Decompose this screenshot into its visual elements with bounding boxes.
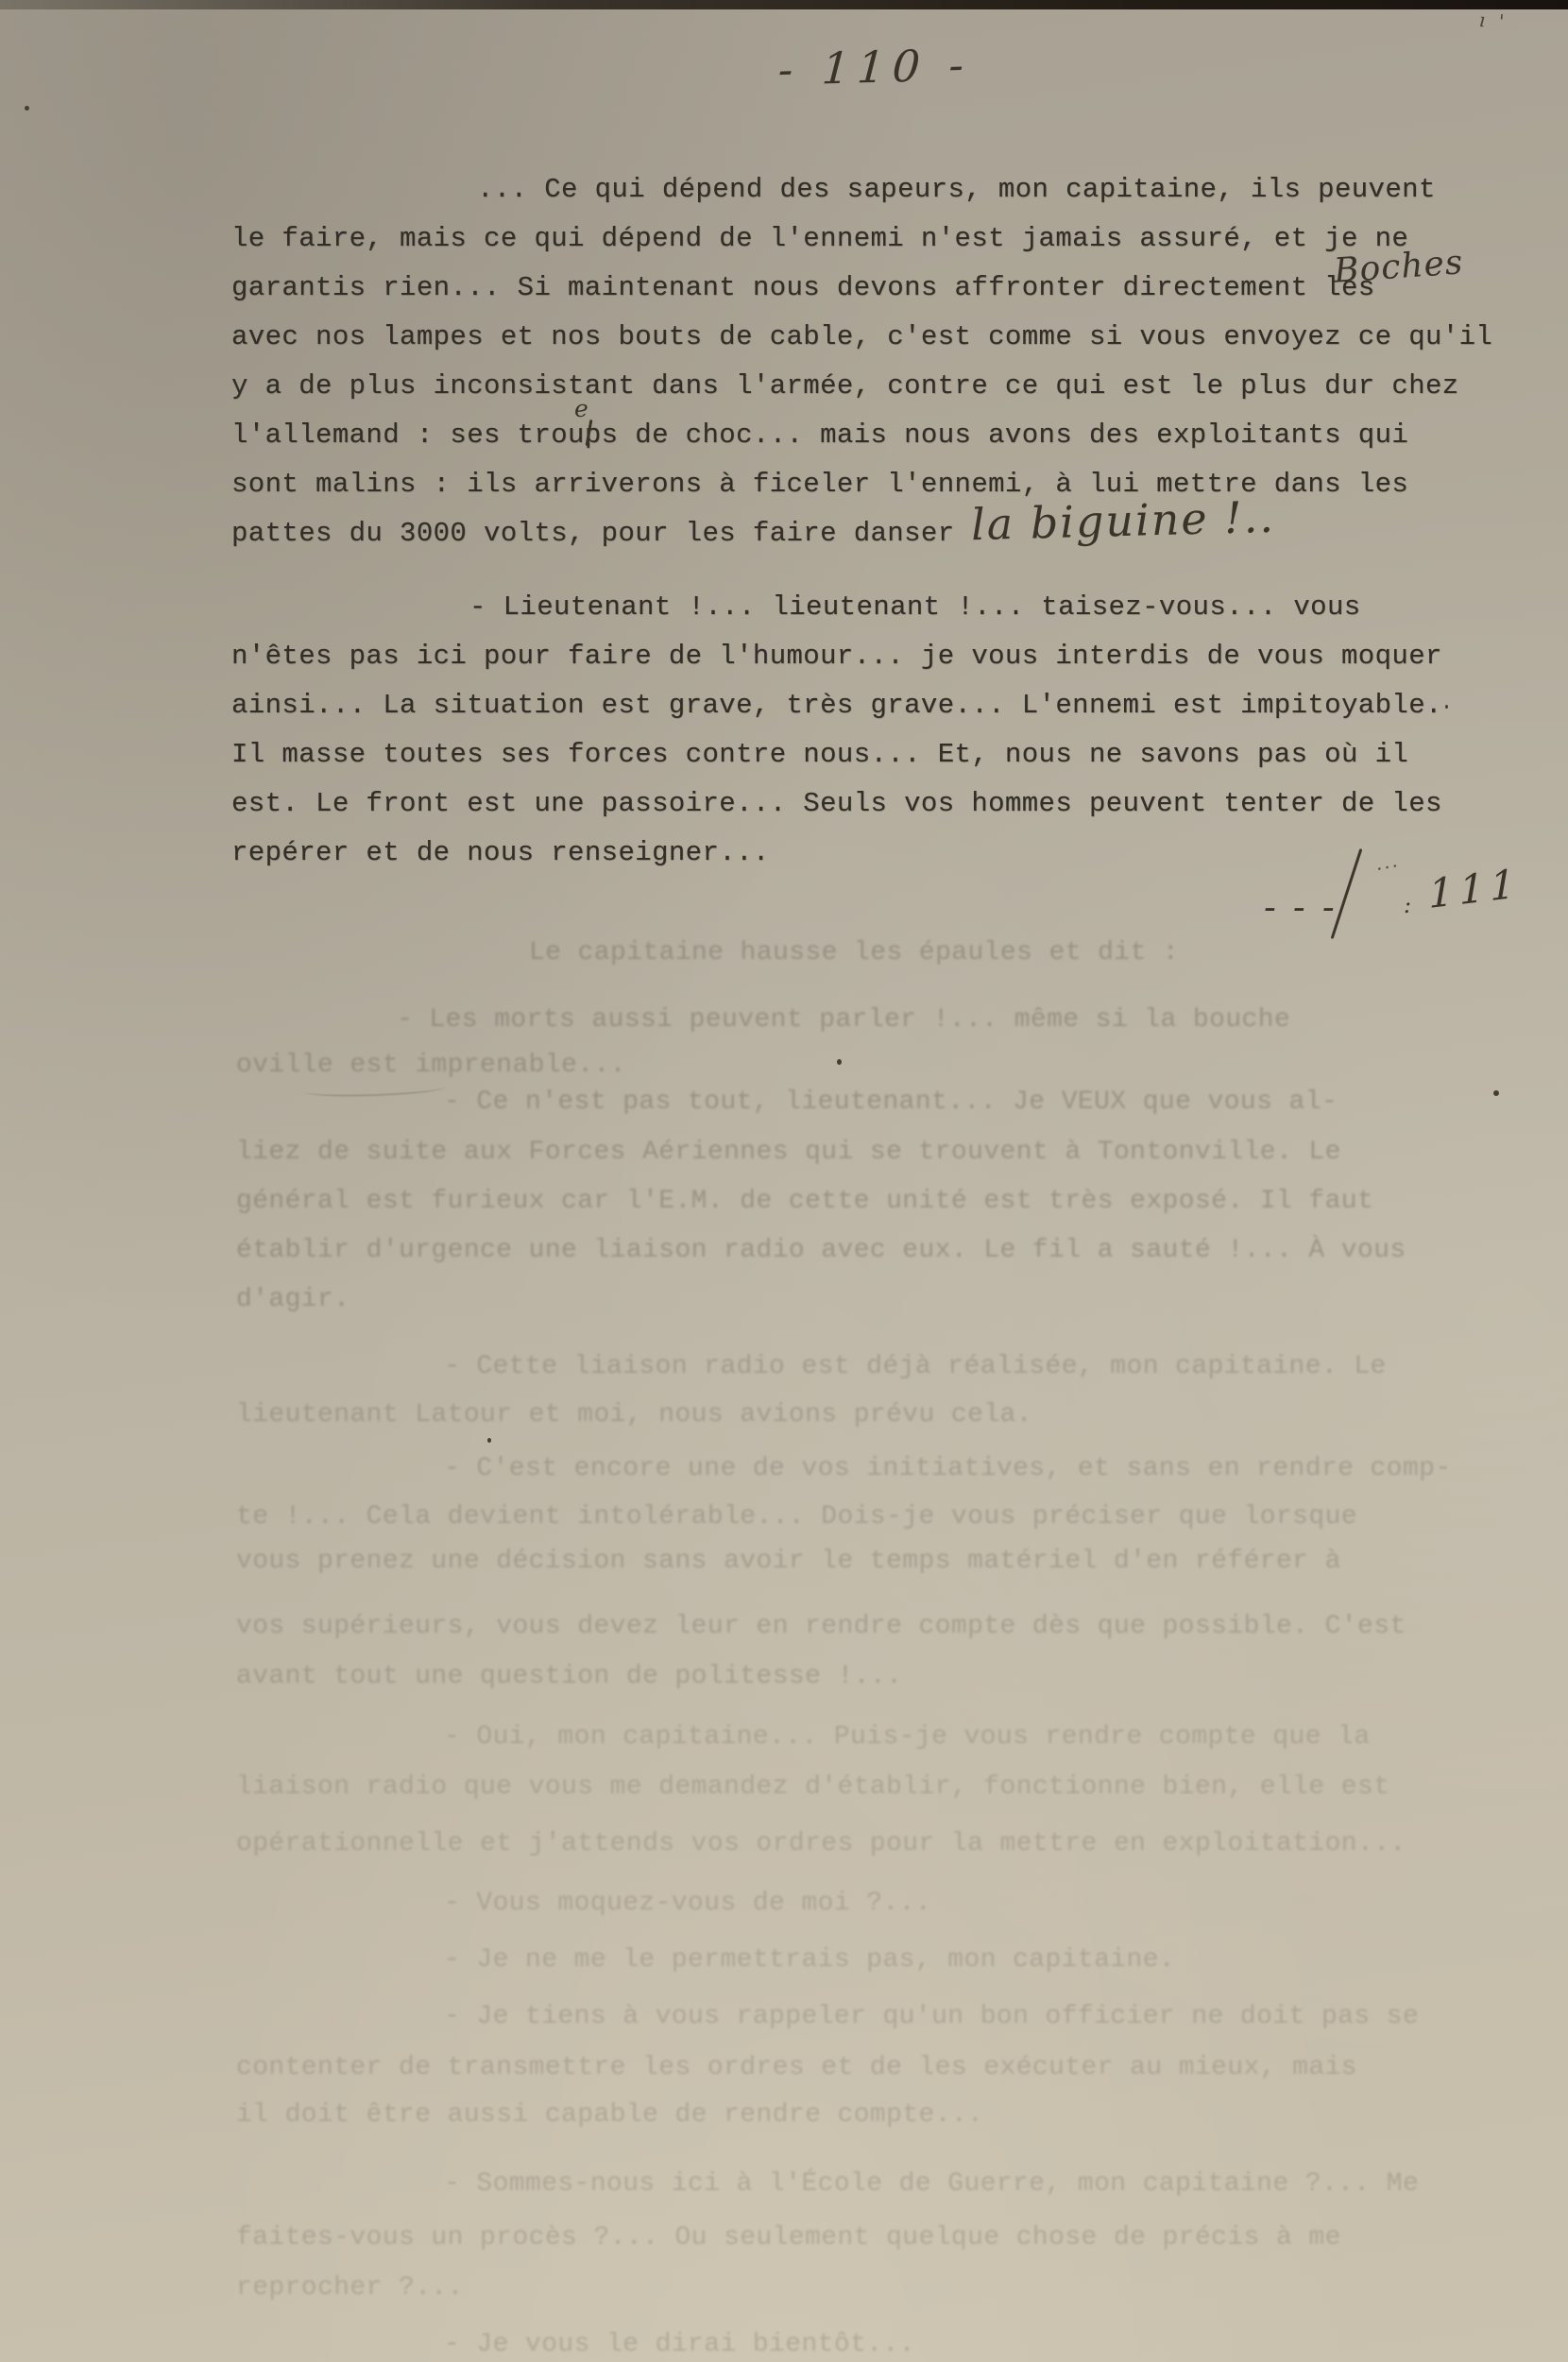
ghost-squiggle	[304, 1080, 446, 1098]
typed-line: Il masse toutes ses forces contre nous..…	[231, 741, 1408, 769]
ghost-line: contenter de transmettre les ordres et d…	[236, 2054, 1357, 2081]
ghost-line: - Je vous le dirai bientôt...	[444, 2331, 915, 2358]
ghost-line: - Les morts aussi peuvent parler !... mê…	[397, 1006, 1290, 1034]
handwritten-annotation-biguine: la biguine !..	[970, 491, 1275, 550]
ghost-line: - Oui, mon capitaine... Puis-je vous ren…	[444, 1723, 1371, 1751]
typed-line: pattes du 3000 volts, pour les faire dan…	[231, 520, 955, 548]
continuation-dots: ...	[1373, 848, 1401, 875]
ghost-line: oville est imprenable...	[236, 1052, 626, 1079]
continuation-colon: :	[1404, 892, 1411, 918]
ghost-line: opérationnelle et j'attends vos ordres p…	[236, 1830, 1406, 1857]
typed-line: ainsi... La situation est grave, très gr…	[231, 692, 1442, 720]
typed-line: - Lieutenant !... lieutenant !... taisez…	[469, 593, 1361, 622]
typed-line: l'allemand : ses troups de choc... mais …	[231, 421, 1408, 450]
typed-line: n'êtes pas ici pour faire de l'humour...…	[231, 642, 1442, 671]
ghost-line: avant tout une question de politesse !..…	[236, 1663, 902, 1690]
ghost-line: d'agir.	[236, 1286, 349, 1313]
ghost-line: te !... Cela devient intolérable... Dois…	[236, 1503, 1357, 1531]
typed-line: repérer et de nous renseigner...	[231, 839, 770, 867]
handwritten-annotation-boches: Boches	[1333, 243, 1465, 290]
ghost-line: vos supérieurs, vous devez leur en rendr…	[236, 1613, 1406, 1640]
paper-speck	[25, 106, 29, 111]
ghost-line: - Ce n'est pas tout, lieutenant... Je VE…	[444, 1088, 1338, 1116]
ghost-line: reprocher ?...	[236, 2274, 464, 2302]
paper-speck	[1445, 705, 1448, 709]
scanned-document-page: - 110 - ı ' ... Ce qui dépend des sapeur…	[0, 0, 1568, 2362]
ghost-line: général est furieux car l'E.M. de cette …	[236, 1188, 1373, 1215]
handwritten-page-number: - 110 -	[776, 39, 972, 94]
ghost-line: vous prenez une décision sans avoir le t…	[236, 1548, 1341, 1575]
handwritten-insertion-e: e	[574, 395, 588, 422]
typed-line: le faire, mais ce qui dépend de l'ennemi…	[231, 225, 1408, 253]
typed-line: avec nos lampes et nos bouts de cable, c…	[231, 323, 1492, 351]
ghost-line: - Cette liaison radio est déjà réalisée,…	[444, 1353, 1387, 1380]
continuation-dashes: - - -	[1264, 886, 1338, 928]
typed-line: ... Ce qui dépend des sapeurs, mon capit…	[477, 176, 1436, 204]
ghost-line: lieutenant Latour et moi, nous avions pr…	[236, 1401, 1032, 1429]
ghost-line: - Vous moquez-vous de moi ?...	[444, 1890, 931, 1917]
typed-line: garantis rien... Si maintenant nous devo…	[231, 274, 1375, 302]
typed-line: est. Le front est une passoire... Seuls …	[231, 790, 1442, 818]
ghost-line: faites-vous un procès ?... Ou seulement …	[236, 2224, 1341, 2251]
ghost-line: - C'est encore une de vos initiatives, e…	[444, 1455, 1452, 1482]
ghost-line: il doit être aussi capable de rendre com…	[236, 2101, 983, 2129]
ghost-line: liaison radio que vous me demandez d'éta…	[236, 1773, 1389, 1801]
paper-speck	[837, 1059, 842, 1065]
paper-speck	[487, 1438, 491, 1443]
photo-edge-top	[0, 0, 1568, 9]
handwritten-continuation-mark: - - - ... : 111	[1264, 847, 1557, 955]
typed-line: y a de plus inconsistant dans l'armée, c…	[231, 372, 1459, 401]
paper-speck	[1493, 1090, 1499, 1096]
handwritten-corner-mark: ı '	[1478, 9, 1508, 33]
ghost-line: - Sommes-nous ici à l'École de Guerre, m…	[444, 2170, 1419, 2198]
ghost-line: liez de suite aux Forces Aériennes qui s…	[236, 1138, 1341, 1166]
continuation-next-page-number: 111	[1428, 860, 1521, 917]
ghost-line: établir d'urgence une liaison radio avec…	[236, 1237, 1406, 1264]
ghost-line: - Je ne me le permettrais pas, mon capit…	[444, 1946, 1175, 1974]
ghost-line: - Je tiens à vous rappeler qu'un bon off…	[444, 2003, 1419, 2030]
ghost-line: Le capitaine hausse les épaules et dit :	[529, 939, 1179, 967]
